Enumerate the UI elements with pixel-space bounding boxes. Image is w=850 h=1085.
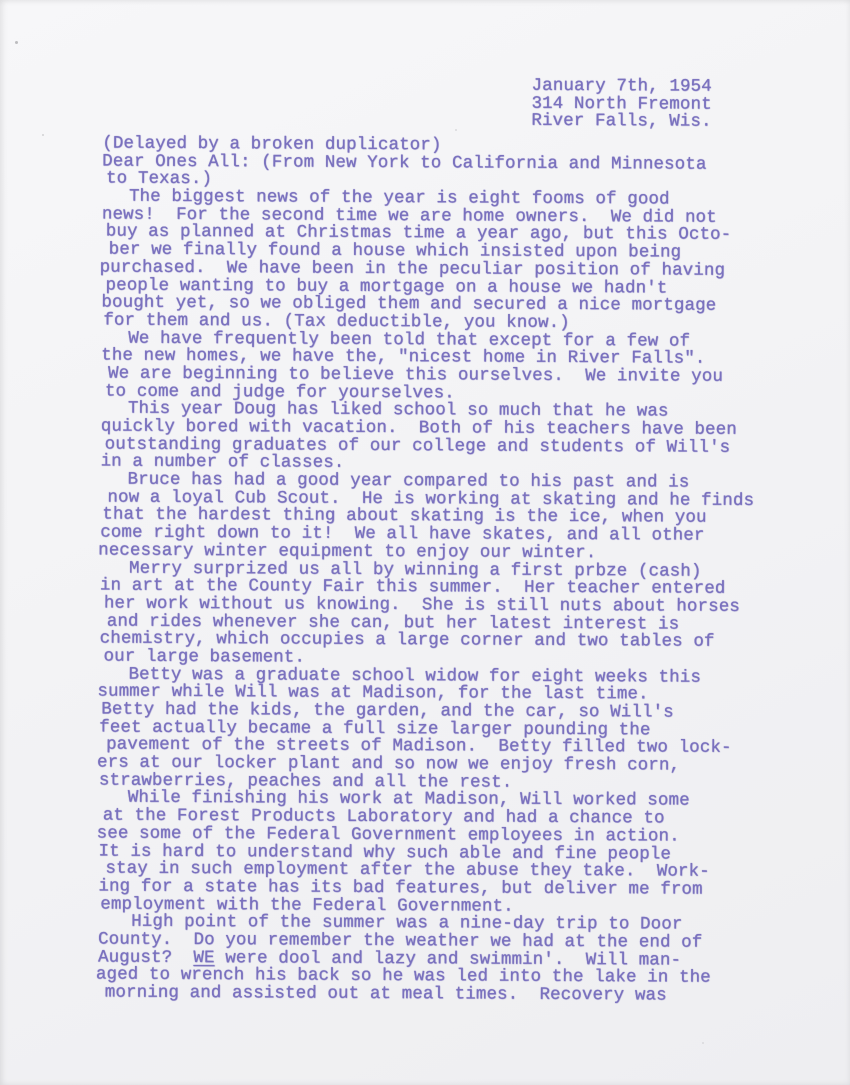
paper-speck	[15, 41, 18, 44]
paper-speck	[42, 134, 44, 136]
paper-speck	[702, 1042, 704, 1044]
letter-body: (Delayed by a broken duplicator)Dear One…	[98, 136, 793, 1006]
letter-content: January 7th, 1954 314 North Fremont Rive…	[0, 0, 850, 1085]
letter-heading: January 7th, 1954 314 North Fremont Rive…	[531, 78, 712, 132]
address-line-2: River Falls, Wis.	[531, 113, 711, 132]
letter-line-text: morning and assisted out at meal times. …	[105, 983, 667, 1006]
paper-speck	[455, 129, 457, 131]
letter-page: January 7th, 1954 314 North Fremont Rive…	[0, 0, 850, 1085]
